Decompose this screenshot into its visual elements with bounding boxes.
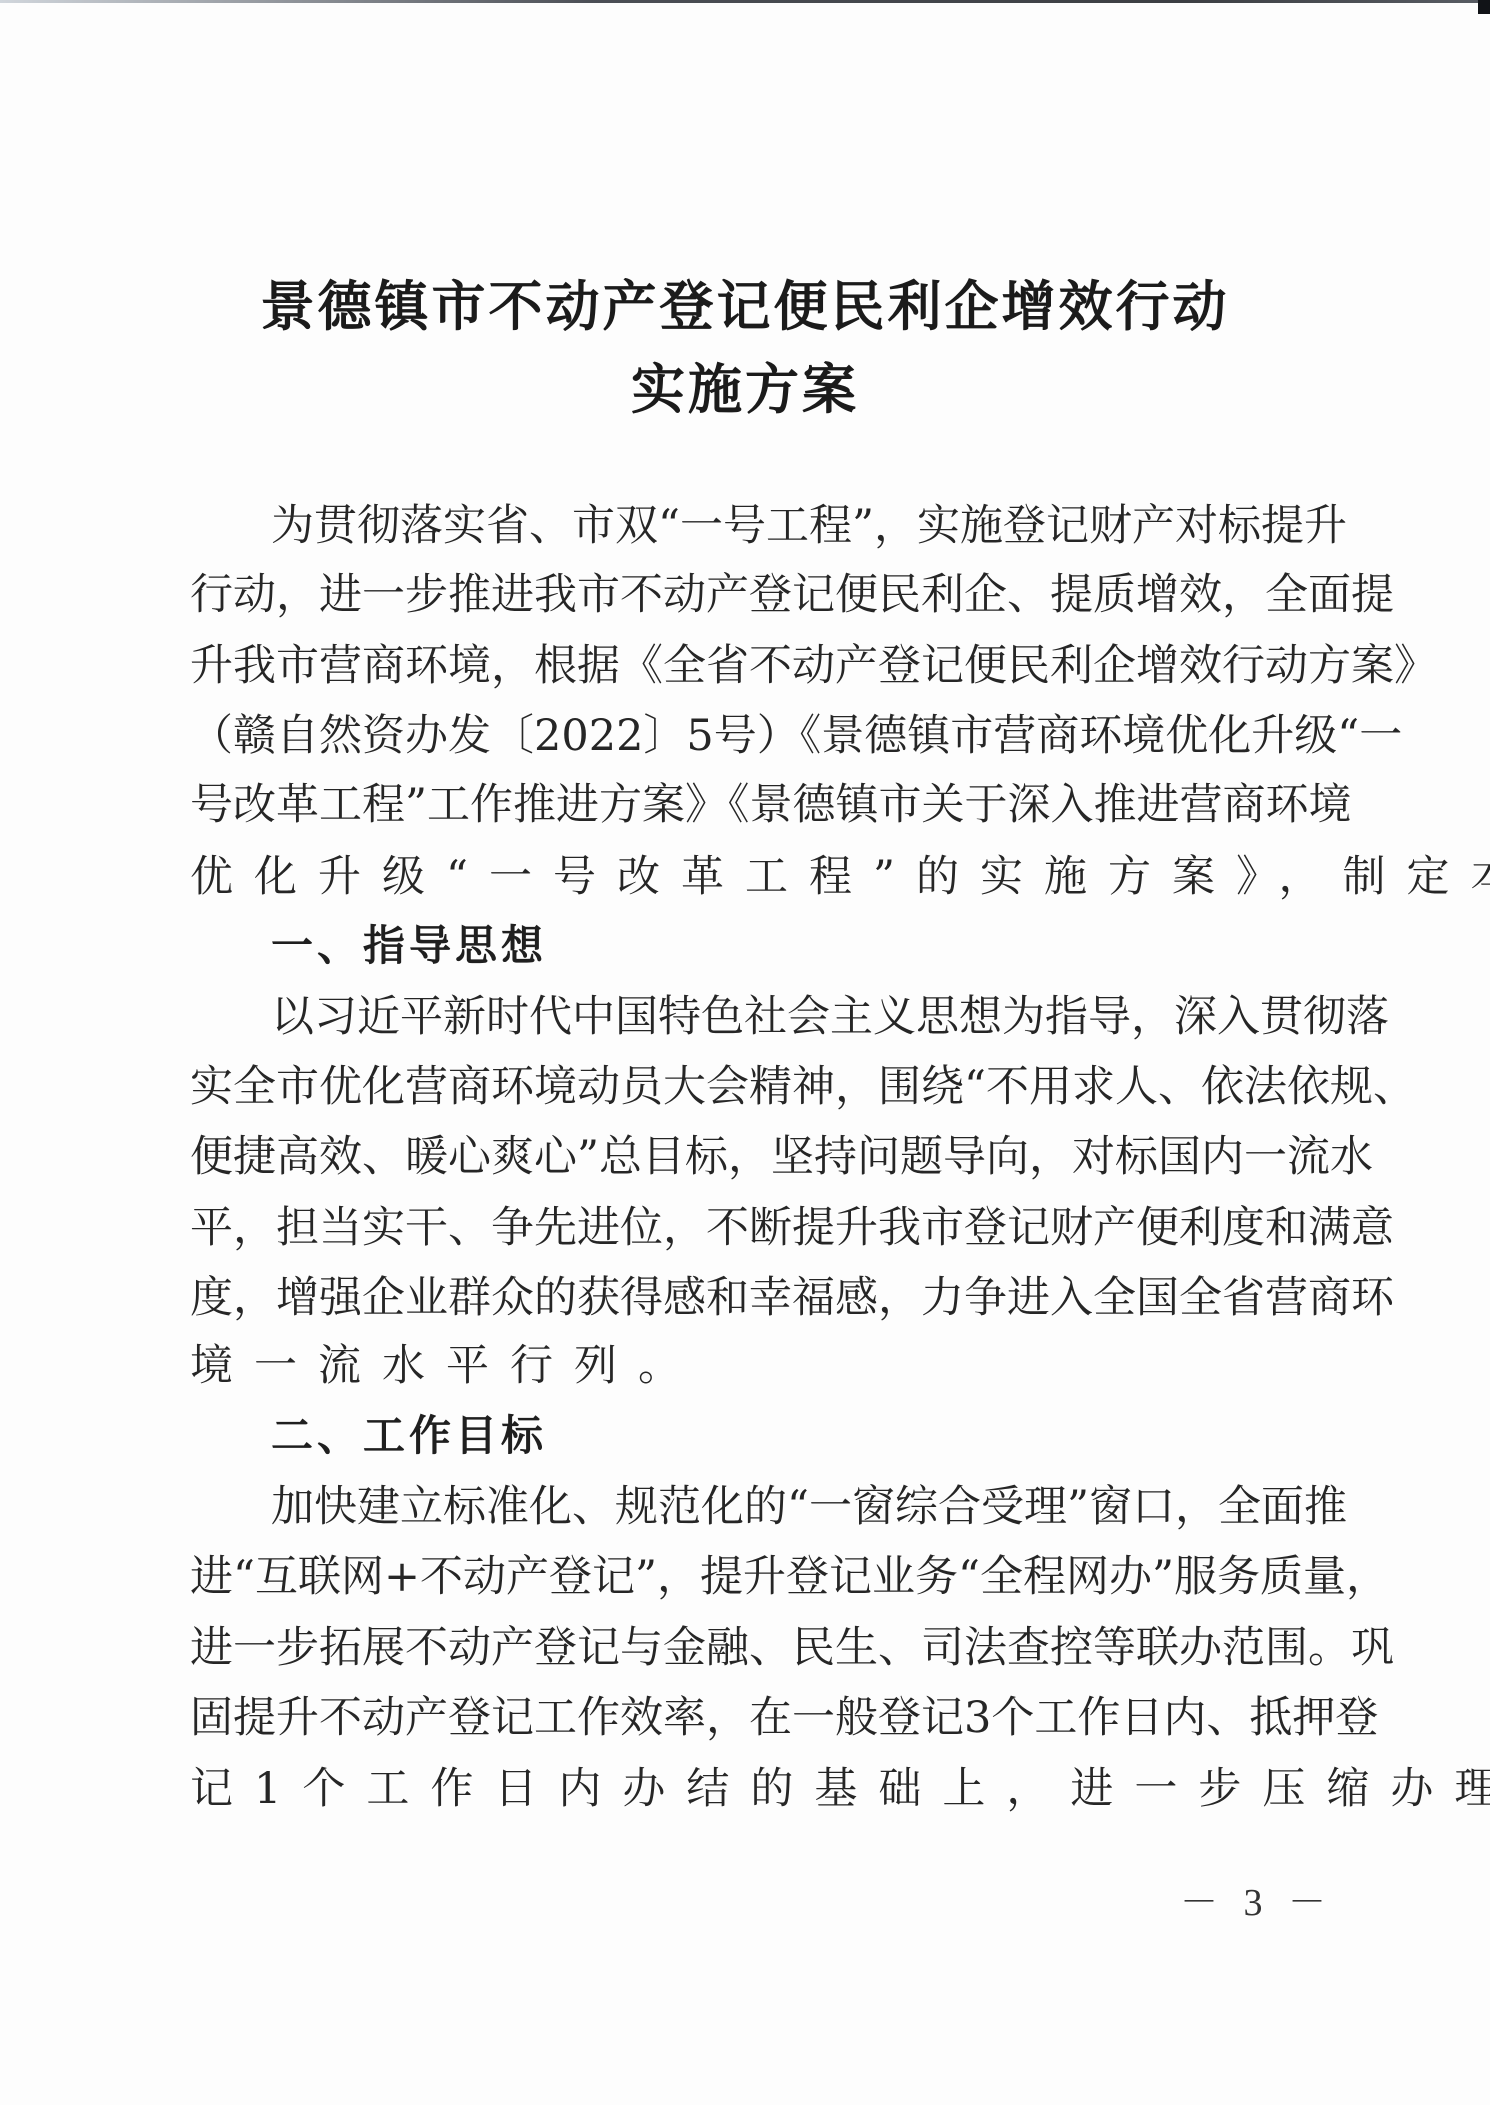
paragraph-line: 以习近平新时代中国特色社会主义思想为指导，深入贯彻落: [271, 982, 1295, 1052]
paragraph-line: 境一流水平行列。: [190, 1331, 1295, 1401]
document-page: 景德镇市不动产登记便民利企增效行动 实施方案 为贯彻落实省、市双“一号工程”，实…: [0, 0, 1490, 2105]
paragraph-line: 固提升不动产登记工作效率，在一般登记3个工作日内、抵押登: [190, 1683, 1295, 1753]
section-heading-guiding-ideology: 一、指导思想: [271, 911, 547, 981]
paragraph-line: 为贯彻落实省、市双“一号工程”，实施登记财产对标提升: [271, 491, 1295, 561]
paragraph-line: 进一步拓展不动产登记与金融、民生、司法查控等联办范围。巩: [190, 1613, 1295, 1683]
document-title-line-2: 实施方案: [0, 354, 1490, 424]
paragraph-line: 便捷高效、暖心爽心”总目标，坚持问题导向，对标国内一流水: [190, 1122, 1295, 1192]
paragraph-line: 实全市优化营商环境动员大会精神，围绕“不用求人、依法依规、: [190, 1052, 1295, 1122]
paragraph-line: （赣自然资办发〔2022〕5号）《景德镇市营商环境优化升级“一: [190, 701, 1295, 771]
paragraph-line: 行动，进一步推进我市不动产登记便民利企、提质增效，全面提: [190, 560, 1295, 630]
page-number: － 3 －: [1180, 1880, 1280, 1926]
document-title-line-1: 景德镇市不动产登记便民利企增效行动: [0, 271, 1490, 341]
paragraph-line: 记1个工作日内办结的基础上，进一步压缩办理时限。: [190, 1754, 1295, 1824]
paragraph-line: 平，担当实干、争先进位，不断提升我市登记财产便利度和满意: [190, 1193, 1295, 1263]
paragraph-line: 升我市营商环境，根据《全省不动产登记便民利企增效行动方案》: [190, 631, 1295, 701]
section-heading-work-goals: 二、工作目标: [271, 1401, 547, 1471]
paragraph-line: 进“互联网+不动产登记”，提升登记业务“全程网办”服务质量，: [190, 1542, 1295, 1612]
paragraph-line: 度，增强企业群众的获得感和幸福感，力争进入全国全省营商环: [190, 1263, 1295, 1333]
paragraph-line: 号改革工程”工作推进方案》《景德镇市关于深入推进营商环境: [190, 770, 1295, 840]
paragraph-line: 优化升级“一号改革工程”的实施方案》，制定本方案。: [190, 842, 1295, 912]
paragraph-line: 加快建立标准化、规范化的“一窗综合受理”窗口，全面推: [271, 1472, 1295, 1542]
